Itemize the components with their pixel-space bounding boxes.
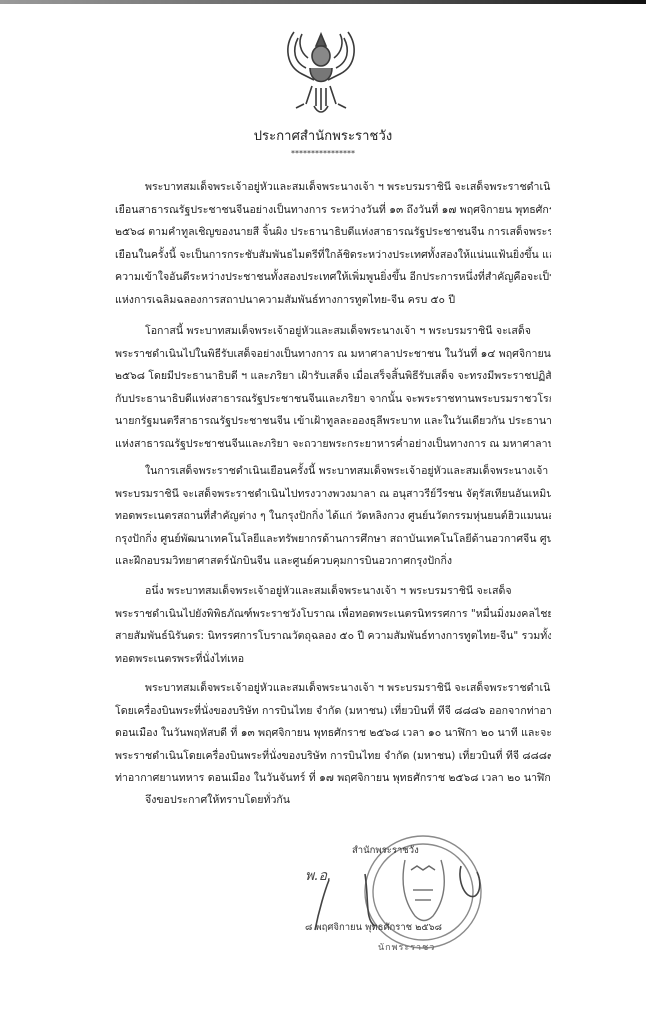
closing-statement: จึงขอประกาศให้ทราบโดยทั่วกัน: [145, 791, 290, 808]
text-line: แห่งสาธารณรัฐประชาชนจีนและภริยา จะถวายพร…: [115, 433, 551, 456]
text-line: ในการเสด็จพระราชดำเนินเยือนครั้งนี้ พระบ…: [115, 460, 551, 483]
text-line: ทอดพระเนตรพระที่นั่งไท่เหอ: [115, 648, 551, 671]
text-line: นายกรัฐมนตรีสาธารณรัฐประชาชนจีน เข้าเฝ้า…: [115, 410, 551, 433]
paragraph-2: โอกาสนี้ พระบาทสมเด็จพระเจ้าอยู่หัวและสม…: [115, 320, 551, 455]
text-line: ทอดพระเนตรสถานที่สำคัญต่าง ๆ ในกรุงปักกิ…: [115, 505, 551, 528]
paragraph-4: อนึ่ง พระบาทสมเด็จพระเจ้าอยู่หัวและสมเด็…: [115, 580, 551, 670]
text-line: พระราชดำเนินไปยังพิพิธภัณฑ์พระราชวังโบรา…: [115, 603, 551, 626]
text-line: ๒๕๖๘ โดยมีประธานาธิบดี ฯ และภริยา เฝ้ารั…: [115, 365, 551, 388]
text-line: พระบาทสมเด็จพระเจ้าอยู่หัวและสมเด็จพระนา…: [115, 176, 551, 199]
text-line: ท่าอากาศยานทหาร ดอนเมือง ในวันจันทร์ ที่…: [115, 767, 551, 790]
paragraph-3: ในการเสด็จพระราชดำเนินเยือนครั้งนี้ พระบ…: [115, 460, 551, 573]
text-line: พระราชดำเนินไปในพิธีรับเสด็จอย่างเป็นทาง…: [115, 343, 551, 366]
text-line: ดอนเมือง ในวันพฤหัสบดี ที่ ๑๓ พฤศจิกายน …: [115, 722, 551, 745]
text-line: สายสัมพันธ์นิรันดร: นิทรรศการโบราณวัตถุฉ…: [115, 625, 551, 648]
text-line: อนึ่ง พระบาทสมเด็จพระเจ้าอยู่หัวและสมเด็…: [115, 580, 551, 603]
signature-office: สำนักพระราชวัง: [352, 843, 419, 858]
text-line: กรุงปักกิ่ง ศูนย์พัฒนาเทคโนโลยีและทรัพยา…: [115, 528, 551, 551]
title-separator: ****************: [0, 149, 646, 158]
signature-date: ๘ พฤศจิกายน พุทธศักราช ๒๕๖๘: [305, 920, 442, 935]
text-line: พระบรมราชินี จะเสด็จพระราชดำเนินไปทรงวาง…: [115, 483, 551, 506]
text-line: เยือนสาธารณรัฐประชาชนจีนอย่างเป็นทางการ …: [115, 199, 551, 222]
paragraph-1: พระบาทสมเด็จพระเจ้าอยู่หัวและสมเด็จพระนา…: [115, 176, 551, 311]
seal-bottom-text: นักพระราชว: [378, 940, 435, 954]
paragraph-5: พระบาทสมเด็จพระเจ้าอยู่หัวและสมเด็จพระนา…: [115, 677, 551, 790]
announcement-title: ประกาศสำนักพระราชวัง: [0, 125, 646, 146]
text-line: ความเข้าใจอันดีระหว่างประชาชนทั้งสองประเ…: [115, 266, 551, 289]
text-line: แห่งการเฉลิมฉลองการสถาปนาความสัมพันธ์ทาง…: [115, 289, 551, 312]
text-line: ๒๕๖๘ ตามคำทูลเชิญของนายสี จิ้นผิง ประธาน…: [115, 221, 551, 244]
text-line: โดยเครื่องบินพระที่นั่งของบริษัท การบินไ…: [115, 700, 551, 723]
text-line: กับประธานาธิบดีแห่งสาธารณรัฐประชาชนจีนแล…: [115, 388, 551, 411]
text-line: พระบาทสมเด็จพระเจ้าอยู่หัวและสมเด็จพระนา…: [115, 677, 551, 700]
announcement-page: ประกาศสำนักพระราชวัง **************** พร…: [0, 0, 646, 1024]
official-seal-icon: [305, 830, 535, 980]
text-line: และฝึกอบรมวิทยาศาสตร์นักบินจีน และศูนย์ค…: [115, 550, 551, 573]
text-line: เยือนในครั้งนี้ จะเป็นการกระชับสัมพันธไม…: [115, 244, 551, 267]
handwritten-signature: พ.อ.: [305, 865, 332, 887]
text-line: โอกาสนี้ พระบาทสมเด็จพระเจ้าอยู่หัวและสม…: [115, 320, 551, 343]
garuda-emblem-icon: [276, 26, 366, 118]
text-line: พระราชดำเนินโดยเครื่องบินพระที่นั่งของบร…: [115, 745, 551, 768]
